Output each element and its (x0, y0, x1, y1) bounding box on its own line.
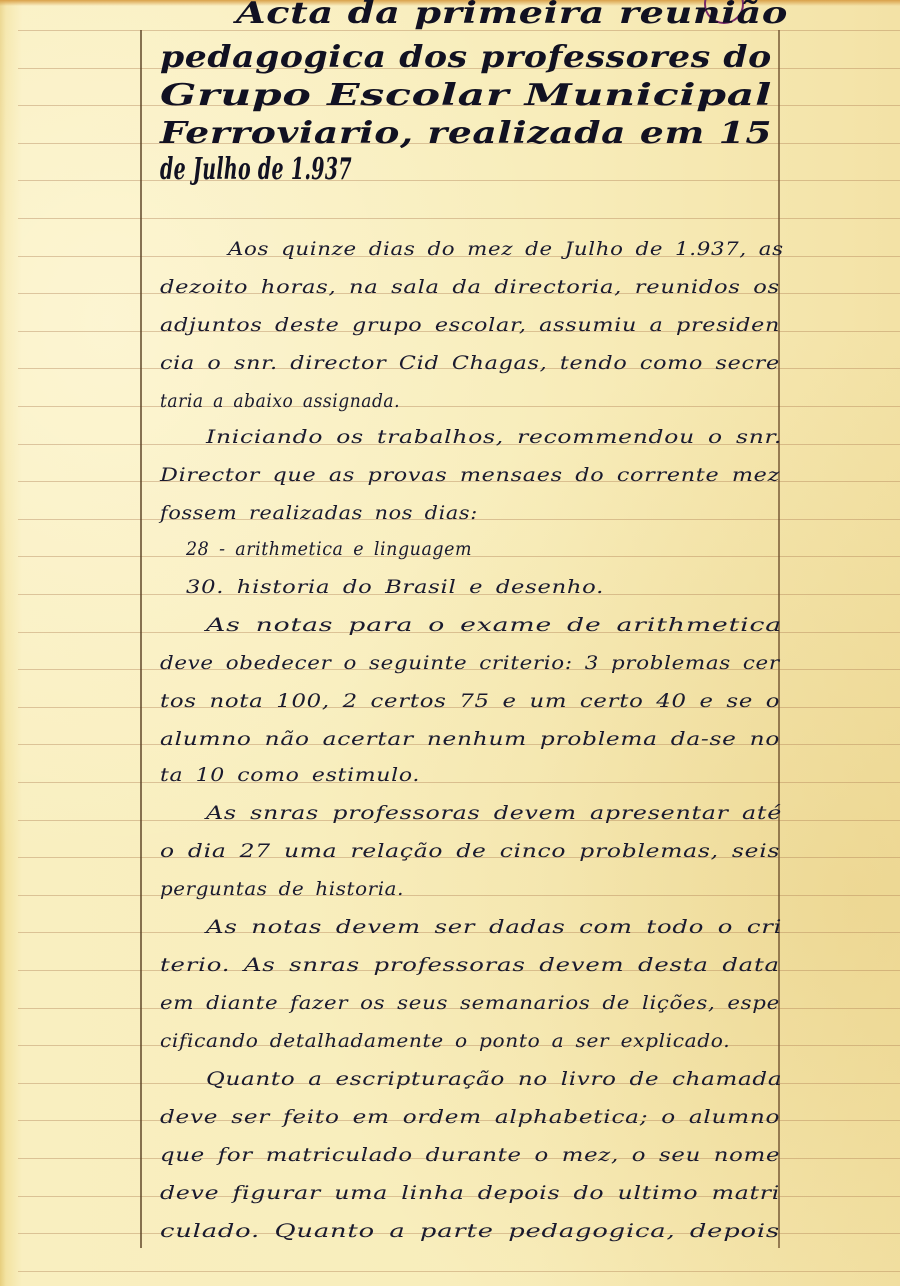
body-line: perguntas de historia. (160, 878, 404, 900)
body-line: 30. historia do Brasil e desenho. (186, 576, 604, 598)
body-line: cia o snr. director Cid Chagas, tendo co… (160, 352, 780, 374)
body-line: o dia 27 uma relação de cinco problemas,… (160, 840, 780, 862)
left-margin-line (140, 30, 142, 1248)
right-margin-line (778, 30, 780, 1248)
body-line: Director que as provas mensaes do corren… (160, 464, 780, 486)
ruled-line (18, 406, 900, 407)
title-line: de Julho de 1.937 (160, 152, 352, 187)
body-line: As notas para o exame de arithmetica (206, 614, 782, 636)
title-line: pedagogica dos professores do (160, 40, 772, 75)
body-line: ta 10 como estimulo. (160, 764, 420, 786)
body-line: fossem realizadas nos dias: (160, 502, 478, 524)
body-line: cificando detalhadamente o ponto a ser e… (160, 1030, 730, 1052)
body-line: que for matriculado durante o mez, o seu… (160, 1144, 780, 1166)
ruled-line (18, 180, 900, 181)
body-line: terio. As snras professoras devem desta … (160, 954, 780, 976)
body-line: alumno não acertar nenhum problema da-se… (160, 728, 780, 750)
body-line: Iniciando os trabalhos, recommendou o sn… (206, 426, 782, 448)
body-line: As notas devem ser dadas com todo o cri (206, 916, 782, 938)
body-line: taria a abaixo assignada. (160, 390, 400, 412)
body-line: deve figurar uma linha depois do ultimo … (160, 1182, 780, 1204)
ruled-line (18, 1271, 900, 1272)
title-line: Ferroviario, realizada em 15 (160, 116, 772, 151)
body-line: 28 - arithmetica e linguagem (186, 538, 472, 560)
body-line: deve obedecer o seguinte criterio: 3 pro… (160, 652, 780, 674)
ruled-line (18, 895, 900, 896)
title-line: Acta da primeira reunião (236, 0, 788, 31)
body-line: em diante fazer os seus semanarios de li… (160, 992, 780, 1014)
body-line: dezoito horas, na sala da directoria, re… (160, 276, 780, 298)
body-line: culado. Quanto a parte pedagogica, depoi… (160, 1220, 780, 1242)
body-line: As snras professoras devem apresentar at… (206, 802, 782, 824)
body-line: Quanto a escripturação no livro de chama… (206, 1068, 782, 1090)
title-line: Grupo Escolar Municipal (160, 78, 772, 113)
body-line: deve ser feito em ordem alphabetica; o a… (160, 1106, 780, 1128)
ruled-line (18, 782, 900, 783)
body-line: adjuntos deste grupo escolar, assumiu a … (160, 314, 780, 336)
notebook-page: Acta da primeira reunião pedagogica dos … (0, 0, 900, 1286)
body-line: Aos quinze dias do mez de Julho de 1.937… (228, 238, 784, 260)
ruled-line (18, 218, 900, 219)
body-line: tos nota 100, 2 certos 75 e um certo 40 … (160, 690, 780, 712)
